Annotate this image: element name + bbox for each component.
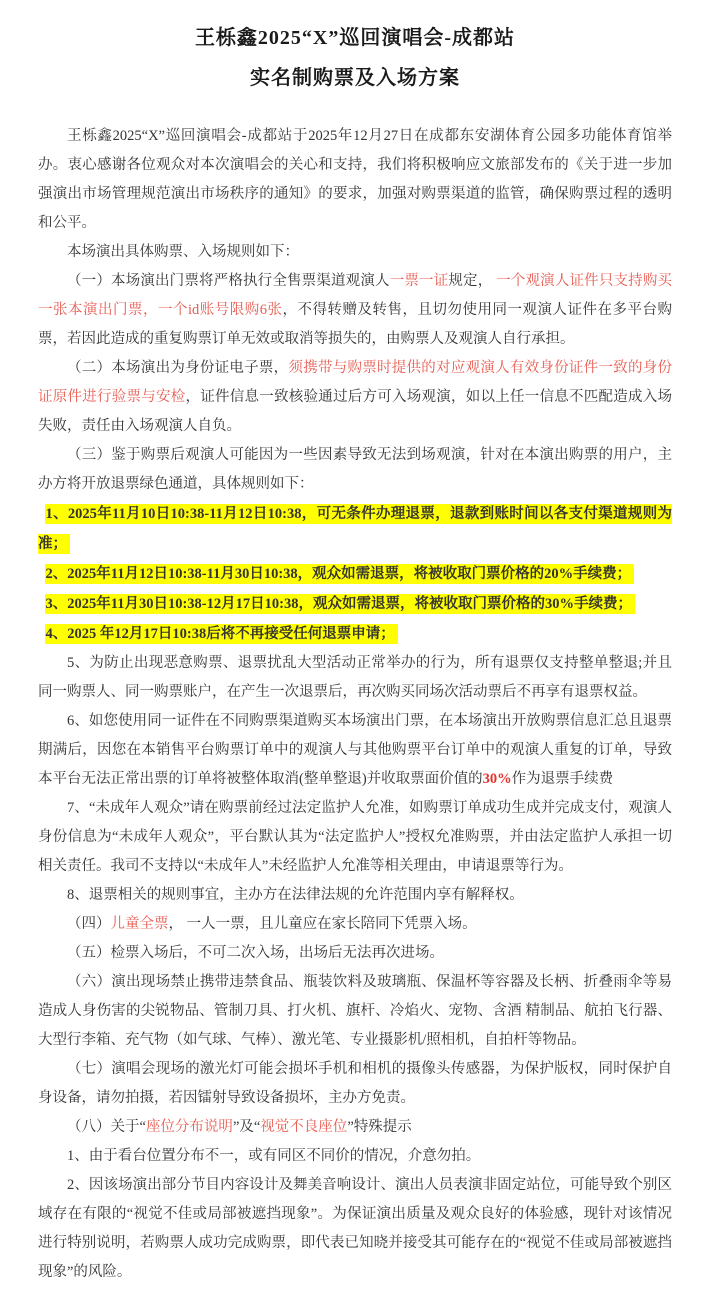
text-run: （四）	[67, 916, 111, 932]
text-run: 1、由于看台位置分布不一，或有同区不同价的情况，介意勿拍。	[67, 1148, 480, 1164]
text-run: 2、因该场演出部分节目内容设计及舞美音响设计、演出人员表演非固定站位，可能导致个…	[38, 1177, 672, 1280]
doc-title-line2: 实名制购票及入场方案	[38, 58, 672, 98]
paragraph: （六）演出现场禁止携带违禁食品、瓶装饮料及玻璃瓶、保温杯等容器及长柄、折叠雨伞等…	[38, 968, 672, 1055]
text-run: 规定，	[448, 273, 492, 289]
text-run: 5、为防止出现恶意购票、退票扰乱大型活动正常举办的行为，所有退票仅支持整单整退;…	[38, 655, 672, 700]
highlighted-rule-line: 1、2025年11月10日10:38-11月12日10:38，可无条件办理退票，…	[38, 499, 672, 559]
paragraph: （四）儿童全票， 一人一票，且儿童应在家长陪同下凭票入场。	[38, 910, 672, 939]
text-run: 作为退票手续费	[512, 771, 614, 787]
highlighted-rule-line: 3、2025年11月30日10:38-12月17日10:38，观众如需退票，将被…	[38, 589, 672, 619]
paragraph: （一）本场演出门票将严格执行全售票渠道观演人一票一证规定， 一个观演人证件只支持…	[38, 267, 672, 354]
text-run: （五）检票入场后，不可二次入场，出场后无法再次进场。	[67, 945, 444, 961]
highlight-span: 1、2025年11月10日10:38-11月12日10:38，可无条件办理退票，…	[38, 504, 672, 554]
highlighted-rule-line: 4、2025 年12月17日10:38后将不再接受任何退票申请；	[38, 619, 672, 649]
text-run: 本场演出具体购票、入场规则如下：	[67, 244, 299, 260]
paragraph: 1、由于看台位置分布不一，或有同区不同价的情况，介意勿拍。	[38, 1142, 672, 1171]
text-run: （三）鉴于购票后观演人可能因为一些因素导致无法到场观演，针对在本演出购票的用户，…	[38, 447, 672, 492]
paragraph: （三）鉴于购票后观演人可能因为一些因素导致无法到场观演，针对在本演出购票的用户，…	[38, 441, 672, 499]
emphasized-text-run: 视觉不良座位	[260, 1119, 347, 1135]
emphasized-text-run: 座位分布说明	[146, 1119, 233, 1135]
paragraph: 5、为防止出现恶意购票、退票扰乱大型活动正常举办的行为，所有退票仅支持整单整退;…	[38, 649, 672, 707]
doc-body: 王栎鑫2025“X”巡回演唱会-成都站于2025年12月27日在成都东安湖体育公…	[38, 122, 672, 1287]
text-run: 3、2025年11月30日10:38-12月17日10:38，观众如需退票，将被…	[46, 596, 632, 612]
paragraph: 7、“未成年人观众”请在购票前经过法定监护人允准，如购票订单成功生成并完成支付，…	[38, 794, 672, 881]
paragraph: （七）演唱会现场的激光灯可能会损坏手机和相机的摄像头传感器，为保护版权，同时保护…	[38, 1055, 672, 1113]
text-run: 2、2025年11月12日10:38-11月30日10:38，观众如需退票，将被…	[46, 566, 632, 582]
paragraph: （二）本场演出为身份证电子票，须携带与购票时提供的对应观演人有效身份证件一致的身…	[38, 354, 672, 441]
emphasized-text-run: 30%	[483, 771, 512, 787]
paragraph: 本场演出具体购票、入场规则如下：	[38, 238, 672, 267]
text-run: ”特殊提示	[347, 1119, 411, 1135]
highlighted-rule-line: 2、2025年11月12日10:38-11月30日10:38，观众如需退票，将被…	[38, 559, 672, 589]
text-run: （一）本场演出门票将严格执行全售票渠道观演人	[67, 273, 390, 289]
text-run: （八）关于“	[67, 1119, 146, 1135]
highlight-span: 2、2025年11月12日10:38-11月30日10:38，观众如需退票，将被…	[45, 564, 635, 584]
text-run: ”及“	[233, 1119, 260, 1135]
text-run: ， 一人一票，且儿童应在家长陪同下凭票入场。	[169, 916, 477, 932]
paragraph: 8、退票相关的规则事宜，主办方在法律法规的允许范围内享有解释权。	[38, 881, 672, 910]
doc-title-line1: 王栎鑫2025“X”巡回演唱会-成都站	[38, 18, 672, 58]
document-page: 王栎鑫2025“X”巡回演唱会-成都站 实名制购票及入场方案 王栎鑫2025“X…	[0, 0, 710, 1307]
text-run: 8、退票相关的规则事宜，主办方在法律法规的允许范围内享有解释权。	[67, 887, 524, 903]
paragraph: 6、如您使用同一证件在不同购票渠道购买本场演出门票，在本场演出开放购票信息汇总且…	[38, 707, 672, 794]
emphasized-text-run: 一票一证	[390, 273, 449, 289]
highlight-span: 4、2025 年12月17日10:38后将不再接受任何退票申请；	[45, 624, 398, 644]
highlight-span: 3、2025年11月30日10:38-12月17日10:38，观众如需退票，将被…	[45, 594, 635, 614]
paragraph: （八）关于“座位分布说明”及“视觉不良座位”特殊提示	[38, 1113, 672, 1142]
text-run: （二）本场演出为身份证电子票，	[67, 360, 288, 376]
text-run: 4、2025 年12月17日10:38后将不再接受任何退票申请；	[46, 626, 395, 642]
text-run: 王栎鑫2025“X”巡回演唱会-成都站于2025年12月27日在成都东安湖体育公…	[38, 128, 672, 231]
text-run: 7、“未成年人观众”请在购票前经过法定监护人允准，如购票订单成功生成并完成支付，…	[38, 800, 672, 874]
text-run: （七）演唱会现场的激光灯可能会损坏手机和相机的摄像头传感器，为保护版权，同时保护…	[38, 1061, 672, 1106]
paragraph: 2、因该场演出部分节目内容设计及舞美音响设计、演出人员表演非固定站位，可能导致个…	[38, 1171, 672, 1287]
paragraph: （五）检票入场后，不可二次入场，出场后无法再次进场。	[38, 939, 672, 968]
text-run: 1、2025年11月10日10:38-11月12日10:38，可无条件办理退票，…	[38, 506, 672, 552]
paragraph: 王栎鑫2025“X”巡回演唱会-成都站于2025年12月27日在成都东安湖体育公…	[38, 122, 672, 238]
emphasized-text-run: 儿童全票	[111, 916, 169, 932]
text-run: （六）演出现场禁止携带违禁食品、瓶装饮料及玻璃瓶、保温杯等容器及长柄、折叠雨伞等…	[38, 974, 672, 1048]
